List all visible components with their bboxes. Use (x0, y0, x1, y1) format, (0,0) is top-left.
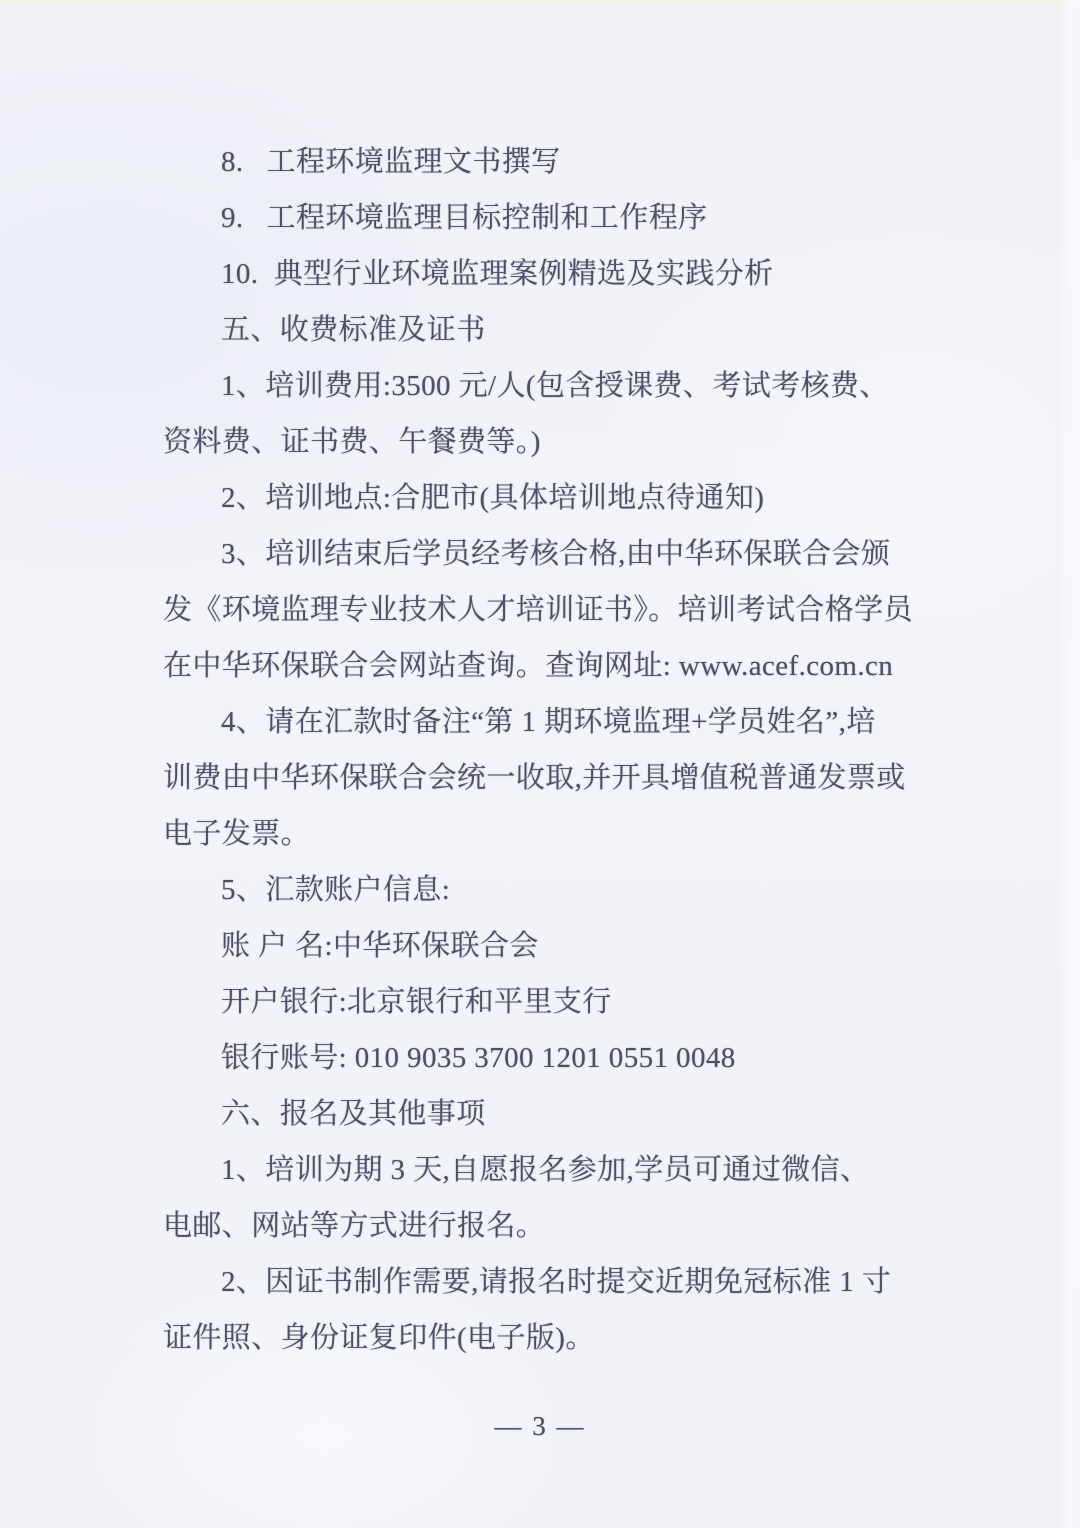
scan-edge-right (1057, 0, 1080, 1528)
text-line: 9. 工程环境监理目标控制和工作程序 (163, 190, 953, 246)
text-line: 1、培训费用:3500 元/人(包含授课费、考试考核费、 (163, 358, 953, 414)
text-line: 2、因证书制作需要,请报名时提交近期免冠标准 1 寸 (163, 1254, 953, 1310)
section-heading: 五、收费标准及证书 (163, 302, 953, 358)
text-line: 8. 工程环境监理文书撰写 (163, 134, 953, 190)
text-line: 开户银行:北京银行和平里支行 (163, 974, 953, 1030)
scanned-document-page: 8. 工程环境监理文书撰写 9. 工程环境监理目标控制和工作程序 10. 典型行… (0, 0, 1080, 1528)
text-line: 5、汇款账户信息: (163, 862, 953, 918)
text-line: 资料费、证书费、午餐费等。) (163, 414, 953, 470)
text-line: 3、培训结束后学员经考核合格,由中华环保联合会颁 (163, 526, 953, 582)
text-line: 在中华环保联合会网站查询。查询网址: www.acef.com.cn (163, 638, 953, 694)
text-line: 账 户 名:中华环保联合会 (163, 918, 953, 974)
text-line: 证件照、身份证复印件(电子版)。 (163, 1310, 953, 1366)
text-line: 训费由中华环保联合会统一收取,并开具增值税普通发票或 (163, 750, 953, 806)
section-heading: 六、报名及其他事项 (163, 1086, 953, 1142)
text-line: 1、培训为期 3 天,自愿报名参加,学员可通过微信、 (163, 1142, 953, 1198)
document-body: 8. 工程环境监理文书撰写 9. 工程环境监理目标控制和工作程序 10. 典型行… (163, 134, 953, 1366)
text-line: 电子发票。 (163, 806, 953, 862)
text-line: 10. 典型行业环境监理案例精选及实践分析 (163, 246, 953, 302)
text-line: 2、培训地点:合肥市(具体培训地点待通知) (163, 470, 953, 526)
text-line: 发《环境监理专业技术人才培训证书》。培训考试合格学员 (163, 582, 953, 638)
scan-edge-top (0, 0, 1080, 7)
text-line: 4、请在汇款时备注“第 1 期环境监理+学员姓名”,培 (163, 694, 953, 750)
text-line: 电邮、网站等方式进行报名。 (163, 1198, 953, 1254)
page-number: — 3 — (0, 1398, 1080, 1454)
text-line: 银行账号: 010 9035 3700 1201 0551 0048 (163, 1030, 953, 1086)
